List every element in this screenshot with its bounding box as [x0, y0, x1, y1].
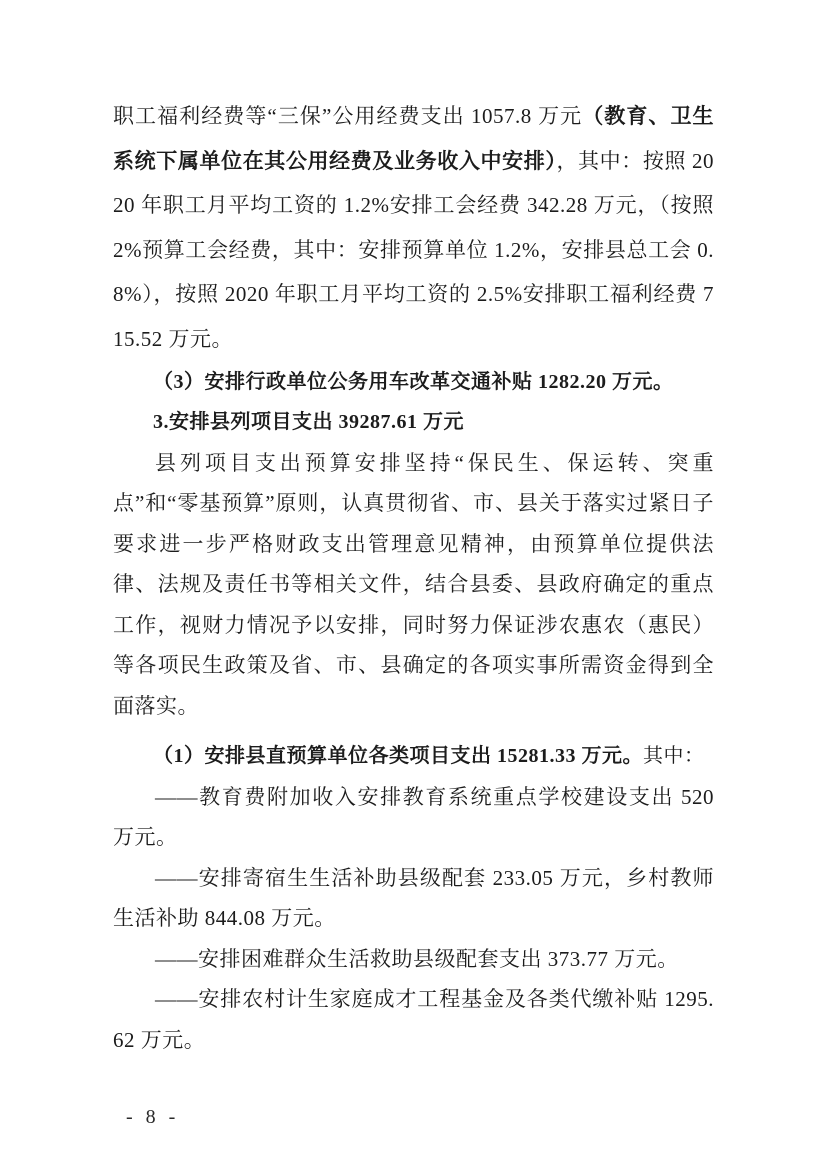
page-number: - 8 -: [126, 1106, 179, 1129]
document-page: 职工福利经费等“三保”公用经费支出 1057.8 万元（教育、卫生系统下属单位在…: [0, 0, 827, 1169]
paragraph-county-project-principles: 县列项目支出预算安排坚持“保民生、保运转、突重点”和“零基预算”原则，认真贯彻省…: [113, 443, 714, 727]
document-content: 职工福利经费等“三保”公用经费支出 1057.8 万元（教育、卫生系统下属单位在…: [113, 94, 714, 1060]
text-run: 其中：: [643, 745, 705, 767]
paragraph-needy-residents-relief: ——安排困难群众生活救助县级配套支出 373.77 万元。: [113, 939, 714, 980]
text-run-bold: （1）安排县直预算单位各类项目支出 15281.33 万元。: [153, 745, 643, 767]
paragraph-welfare-funds-continuation: 职工福利经费等“三保”公用经费支出 1057.8 万元（教育、卫生系统下属单位在…: [113, 94, 714, 362]
paragraph-item3-vehicle-subsidy: （3）安排行政单位公务用车改革交通补贴 1282.20 万元。: [113, 362, 714, 403]
paragraph-education-surcharge-schools: ——教育费附加收入安排教育系统重点学校建设支出 520 万元。: [113, 777, 714, 858]
paragraph-boarding-student-subsidy: ——安排寄宿生生活补助县级配套 233.05 万元，乡村教师生活补助 844.0…: [113, 858, 714, 939]
text-run: ，其中：按照 2020 年职工月平均工资的 1.2%安排工会经费 342.28 …: [113, 149, 714, 351]
paragraph-item1-county-budget-units: （1）安排县直预算单位各类项目支出 15281.33 万元。其中：: [113, 736, 714, 777]
paragraph-section3-title: 3.安排县列项目支出 39287.61 万元: [113, 402, 714, 443]
text-run: 职工福利经费等“三保”公用经费支出 1057.8 万元: [113, 104, 582, 128]
paragraph-rural-family-planning-fund: ——安排农村计生家庭成才工程基金及各类代缴补贴 1295.62 万元。: [113, 979, 714, 1060]
